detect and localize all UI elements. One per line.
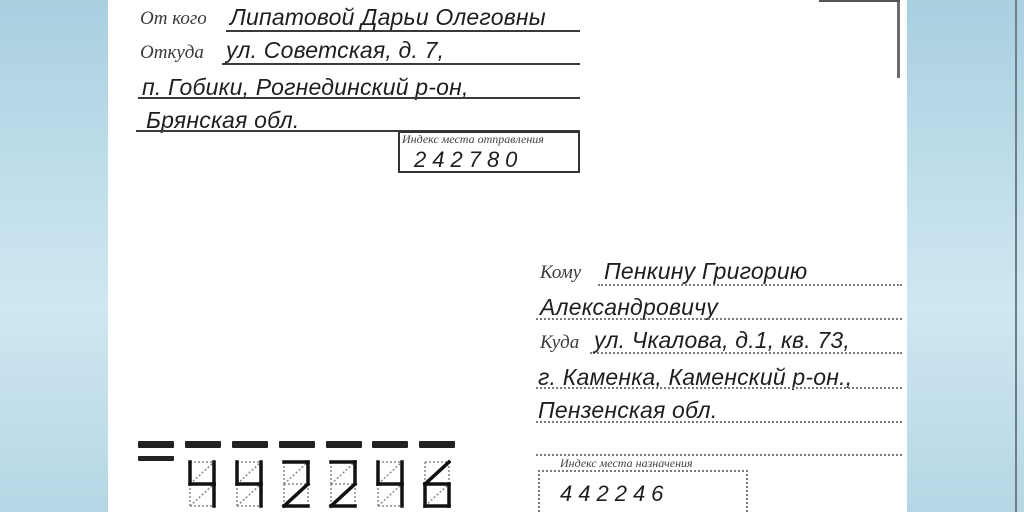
- from-label: От кого: [140, 8, 207, 30]
- stencil-bar-5: [372, 441, 408, 448]
- sender-address-line-1: ул. Советская, д. 7,: [226, 37, 444, 64]
- recipient-address-line-3: Пензенская обл.: [538, 397, 717, 424]
- recipient-address-dotline-2: [536, 387, 902, 389]
- stencil-marker-bar-top: [138, 441, 174, 448]
- sender-name: Липатовой Дарьи Олеговны: [230, 4, 546, 31]
- where-to-label: Куда: [540, 332, 579, 354]
- background-edge: [1015, 0, 1017, 512]
- stamp-area-corner: [820, 0, 900, 78]
- recipient-name-dotline-1: [598, 284, 902, 286]
- stencil-digits: [186, 458, 466, 512]
- stencil-marker-bar-bottom: [138, 456, 174, 461]
- stencil-bar-3: [279, 441, 315, 448]
- recipient-name-line-2: Александровичу: [540, 294, 718, 321]
- where-from-label: Откуда: [140, 42, 204, 64]
- recipient-address-dotline-3: [536, 421, 902, 423]
- sender-index-value: 242780: [414, 147, 523, 173]
- to-label: Кому: [540, 262, 581, 284]
- sender-address-underline-2: [138, 97, 580, 99]
- sender-index-caption: Индекс места отправления: [402, 132, 544, 147]
- stencil-bar-2: [232, 441, 268, 448]
- stencil-bar-1: [185, 441, 221, 448]
- sender-address-underline-1: [222, 63, 580, 65]
- recipient-name-dotline-2: [536, 318, 902, 320]
- stencil-bar-6: [419, 441, 455, 448]
- recipient-name-line-1: Пенкину Григорию: [604, 258, 807, 285]
- recipient-index-caption: Индекс места назначения: [560, 456, 693, 471]
- recipient-address-line-1: ул. Чкалова, д.1, кв. 73,: [594, 327, 850, 354]
- sender-name-line: [226, 30, 580, 32]
- stencil-bar-4: [326, 441, 362, 448]
- recipient-index-value: 442246: [560, 481, 669, 507]
